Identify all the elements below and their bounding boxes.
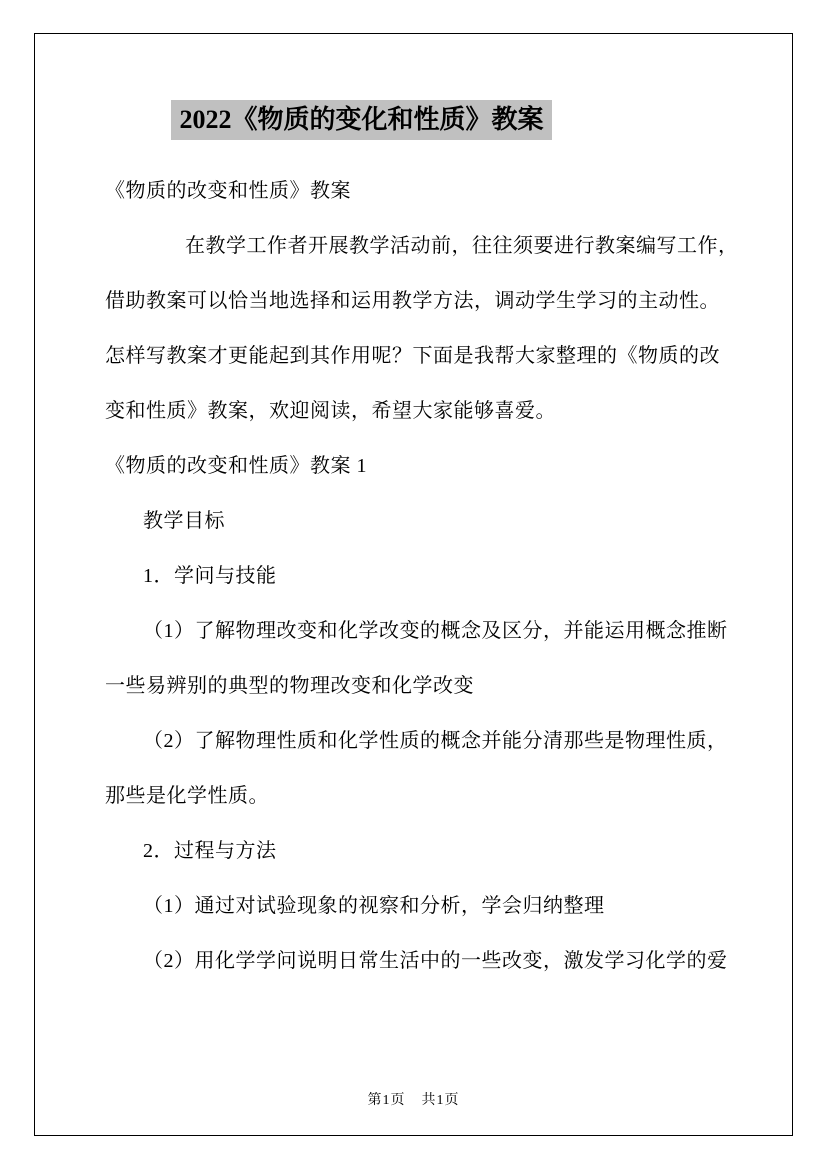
item-knowledge-skills: 1．学问与技能 xyxy=(105,549,747,604)
item-knowledge-point-2: （2）了解物理性质和化学性质的概念并能分清那些是物理性质， 那些是化学性质。 xyxy=(105,714,747,824)
subtitle: 《物质的改变和性质》教案 xyxy=(105,164,747,219)
document-body: 《物质的改变和性质》教案 在教学工作者开展教学活动前，往往须要进行教案编写工作，… xyxy=(105,164,747,989)
intro-paragraph: 在教学工作者开展教学活动前，往往须要进行教案编写工作， 借助教案可以恰当地选择和… xyxy=(105,219,747,439)
document-title: 2022《物质的变化和性质》教案 xyxy=(171,100,551,140)
page-total: 共1页 xyxy=(422,1093,460,1108)
item-process-methods: 2．过程与方法 xyxy=(105,824,747,879)
document-page: 2022《物质的变化和性质》教案 《物质的改变和性质》教案 在教学工作者开展教学… xyxy=(34,33,793,1136)
page-number: 第1页 xyxy=(368,1093,406,1108)
item-knowledge-point-1: （1）了解物理改变和化学改变的概念及区分，并能运用概念推断 一些易辨别的典型的物… xyxy=(105,604,747,714)
section-heading: 《物质的改变和性质》教案 1 xyxy=(105,439,747,494)
item-process-point-1: （1）通过对试验现象的视察和分析，学会归纳整理 xyxy=(105,879,747,934)
page-footer: 第1页共1页 xyxy=(35,1089,792,1109)
item-process-point-2: （2）用化学学问说明日常生活中的一些改变，激发学习化学的爱 xyxy=(105,934,747,989)
teaching-goals-heading: 教学目标 xyxy=(105,494,747,549)
title-row: 2022《物质的变化和性质》教案 xyxy=(35,100,792,140)
